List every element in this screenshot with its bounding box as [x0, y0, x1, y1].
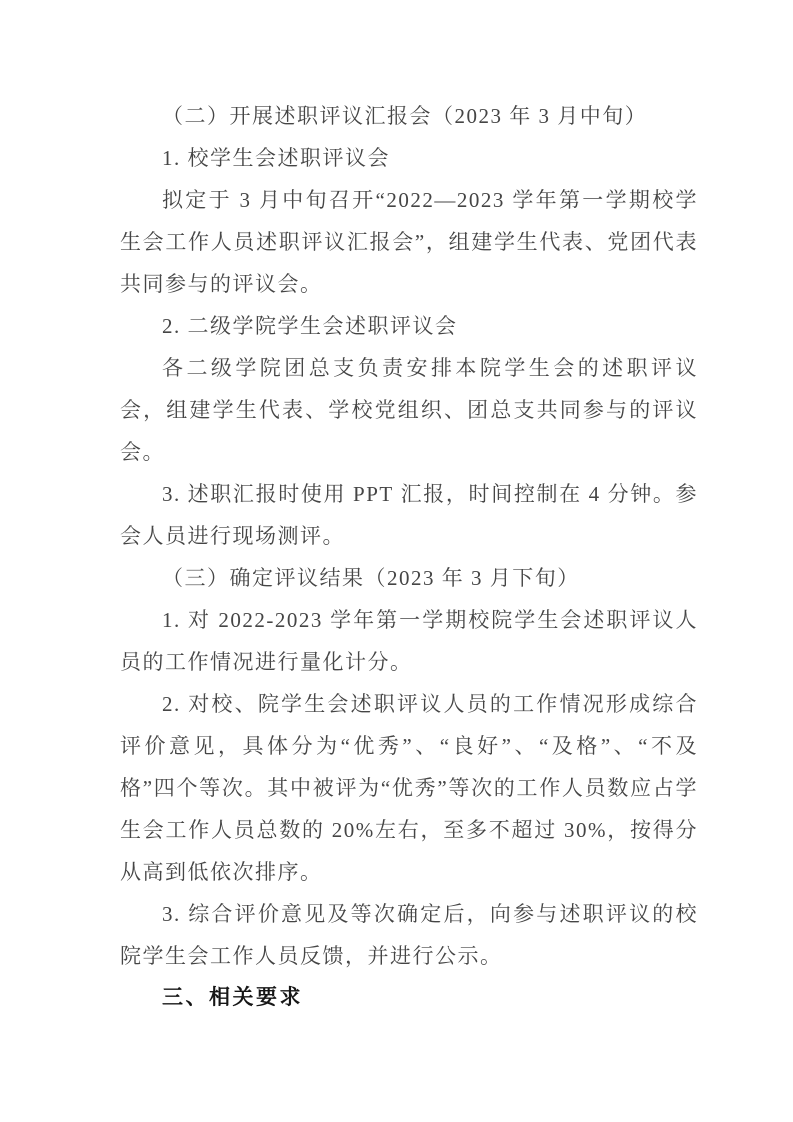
item-1-heading: 1. 校学生会述职评议会 [120, 137, 698, 179]
item-1-paragraph: 拟定于 3 月中旬召开“2022—2023 学年第一学期校学生会工作人员述职评议… [120, 179, 698, 305]
subsection-heading-2: （二）开展述职评议汇报会（2023 年 3 月中旬） [120, 95, 698, 137]
result-item-3-paragraph: 3. 综合评价意见及等次确定后，向参与述职评议的校院学生会工作人员反馈，并进行公… [120, 893, 698, 977]
result-item-2-paragraph: 2. 对校、院学生会述职评议人员的工作情况形成综合评价意见，具体分为“优秀”、“… [120, 683, 698, 893]
item-2-heading: 2. 二级学院学生会述职评议会 [120, 305, 698, 347]
subsection-heading-3: （三）确定评议结果（2023 年 3 月下旬） [120, 557, 698, 599]
result-item-1-paragraph: 1. 对 2022-2023 学年第一学期校院学生会述职评议人员的工作情况进行量… [120, 599, 698, 683]
document-page: （二）开展述职评议汇报会（2023 年 3 月中旬） 1. 校学生会述职评议会 … [0, 0, 793, 1122]
item-3-paragraph: 3. 述职汇报时使用 PPT 汇报，时间控制在 4 分钟。参会人员进行现场测评。 [120, 473, 698, 557]
document-body: （二）开展述职评议汇报会（2023 年 3 月中旬） 1. 校学生会述职评议会 … [120, 95, 698, 1019]
section-3-heading: 三、相关要求 [120, 977, 698, 1019]
item-2-paragraph: 各二级学院团总支负责安排本院学生会的述职评议会，组建学生代表、学校党组织、团总支… [120, 347, 698, 473]
